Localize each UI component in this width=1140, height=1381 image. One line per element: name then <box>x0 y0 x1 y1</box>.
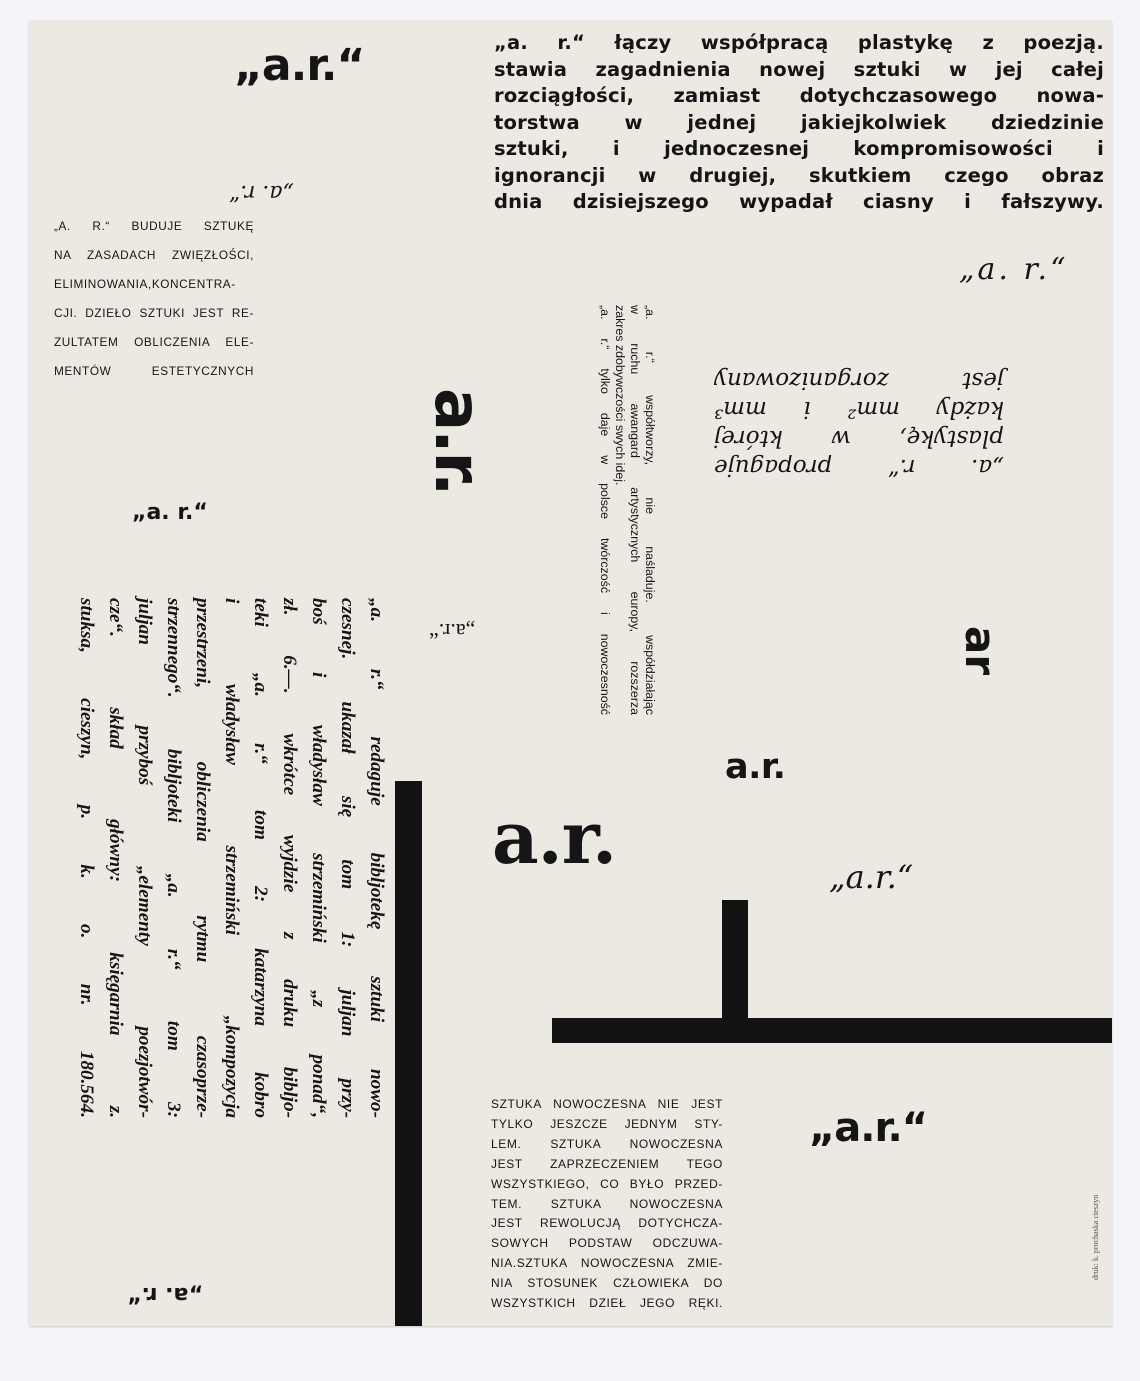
vital-line: czesnej. ukazał się tom 1: juljan przy- <box>333 598 362 1118</box>
vital-line: boś i władysław strzemiński „z ponad“, <box>304 598 333 1118</box>
logo-right-mid: a.r. <box>725 747 785 787</box>
vital-line: „a. r.“ redaguje bibljotekę sztuki nowo- <box>362 598 391 1118</box>
caps-line: SZTUKA NOWOCZESNA NIE JEST <box>491 1095 723 1115</box>
logo-top-left: „a.r.“ <box>234 40 364 91</box>
caps-line: LEM. SZTUKA NOWOCZESNA <box>491 1135 723 1155</box>
logo-italic-right: „a. r.“ <box>959 252 1068 287</box>
vertical-italic-paragraph: „a. r.“ redaguje bibljotekę sztuki nowo-… <box>41 598 391 1118</box>
manifesto-line: rozciągłości, zamiast dotychczasowego no… <box>494 83 1104 110</box>
vertical-black-bar <box>395 781 422 1326</box>
upside-line: plastykę, w której <box>714 423 1004 452</box>
logo-flipped-italic: „a. r.“ <box>229 180 294 205</box>
manifesto-line: sztuki, i jednoczesnej kompromisowości i <box>494 136 1104 163</box>
caps-line: SOWYCH PODSTAW ODCZUWA- <box>491 1234 723 1254</box>
manifesto-block: „a. r.“ łączy współpracą plastykę z poez… <box>494 30 1104 216</box>
logo-big-rotated: a.r. <box>420 388 494 494</box>
caps-line: ELIMINOWANIA,KONCENTRA- <box>54 270 254 299</box>
vital-line: juljan przyboś „elementy poezjotwór- <box>130 598 159 1118</box>
caps-line: ZULTATEM OBLICZENIA ELE- <box>54 328 254 357</box>
caps-line: WSZYSTKIEGO, CO BYŁO PRZED- <box>491 1175 723 1195</box>
vital-line: zł. 6.—. wkrótce wyjdzie z druku bibljo- <box>275 598 304 1118</box>
caps-line: TYLKO JESZCZE JEDNYM STY- <box>491 1115 723 1135</box>
manifesto-line: stawia zagadnienia nowej sztuki w jej ca… <box>494 57 1104 84</box>
manifesto-line: dnia dzisiejszego wypadał ciasny i fałsz… <box>494 189 1104 216</box>
logo-bottom-left-flipped: „a. r.“ <box>127 1282 203 1307</box>
caps-line: CJI. DZIEŁO SZTUKI JEST RE- <box>54 299 254 328</box>
caps-line: WSZYSTKICH DZIEŁ JEGO RĘKI. <box>491 1294 723 1314</box>
vital-line: cze“. skład główny: księgarnia z. <box>101 598 130 1118</box>
caps-line: „A. R.“ BUDUJE SZTUKĘ <box>54 212 254 241</box>
logo-mid-left: „a. r.“ <box>132 500 208 525</box>
manifesto-line: „a. r.“ łączy współpracą plastykę z poez… <box>494 30 1104 57</box>
vertical-line: „a. r.“ współtworzy, nie naśladuje. wspó… <box>642 305 657 715</box>
caps-block-bottom: SZTUKA NOWOCZESNA NIE JEST TYLKO JESZCZE… <box>491 1095 723 1314</box>
logo-italic-lower-right: „a.r.“ <box>829 858 913 896</box>
vertical-line: „a. r.“ tylko daje w polsce twórczość i … <box>597 305 612 715</box>
manifesto-line: torstwa w jednej jakiejkolwiek dziedzini… <box>494 110 1104 137</box>
vital-line: strzennego“. bibljoteki „a. r.“ tom 3: <box>159 598 188 1118</box>
vital-line: przestrzeni, obliczenia rytmu czasoprze- <box>188 598 217 1118</box>
logo-small-flipped-serif: „a.r.“ <box>429 618 475 644</box>
caps-line: TEM. SZTUKA NOWOCZESNA <box>491 1195 723 1215</box>
vertical-line: zakres zdobywczości swych idej. <box>612 305 627 715</box>
caps-line: MENTÓW ESTETYCZNYCH <box>54 357 254 386</box>
caps-block-left: „A. R.“ BUDUJE SZTUKĘ NA ZASADACH ZWIĘZŁ… <box>54 212 254 386</box>
vital-line: teki „a. r.“ tom 2: katarzyna kobro <box>246 598 275 1118</box>
upside-down-italic-block: „a. r.“ propaguje plastykę, w której każ… <box>714 365 1004 481</box>
logo-big-serif: a.r. <box>492 795 616 880</box>
upside-line: „a. r.“ propaguje <box>714 452 1004 481</box>
vertical-line: w ruchu awangard artystycznych europy, r… <box>627 305 642 715</box>
t-shape-vertical-bar <box>722 900 748 1018</box>
caps-line: NIA STOSUNEK CZŁOWIEKA DO <box>491 1274 723 1294</box>
upside-line: każdy mm² i mm³ <box>714 394 1004 423</box>
printer-credit: druk: k. prochaska cieszyn <box>1091 1195 1100 1280</box>
vital-line: i władysław strzemiński „kompozycja <box>217 598 246 1118</box>
logo-right-rotated: ar <box>956 626 1005 675</box>
caps-line: NA ZASADACH ZWIĘZŁOŚCI, <box>54 241 254 270</box>
vital-line: stuksa, cieszyn, p. k. o. nr. 180.564. <box>72 598 101 1118</box>
logo-bottom-right: „a.r.“ <box>809 1105 927 1151</box>
caps-line: JEST REWOLUCJĄ DOTYCHCZA- <box>491 1214 723 1234</box>
upside-line: jest zorganizowany <box>714 365 1004 394</box>
manifesto-line: ignorancji w drugiej, skutkiem czego obr… <box>494 163 1104 190</box>
vertical-text-center: „a. r.“ współtworzy, nie naśladuje. wspó… <box>547 305 657 715</box>
caps-line: JEST ZAPRZECZENIEM TEGO <box>491 1155 723 1175</box>
leaflet-page: „a. r.“ łączy współpracą plastykę z poez… <box>29 20 1112 1326</box>
caps-line: NIA.SZTUKA NOWOCZESNA ZMIE- <box>491 1254 723 1274</box>
t-shape-horizontal-bar <box>552 1018 1112 1043</box>
